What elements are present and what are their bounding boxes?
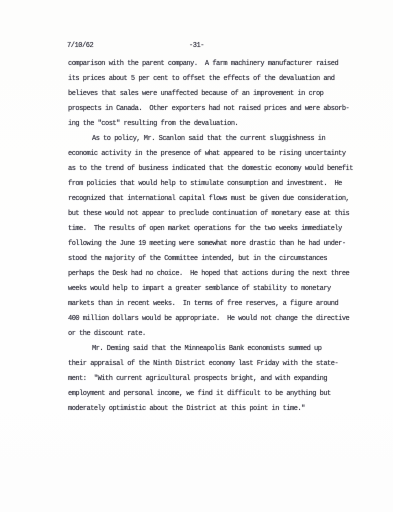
- document-line: or the discount rate.: [68, 327, 360, 342]
- document-line: stood the majority of the Committee inte…: [68, 252, 360, 267]
- document-line: economic activity in the presence of wha…: [68, 147, 360, 162]
- document-line: ing the "cost" resulting from the devalu…: [68, 117, 360, 132]
- document-line: 400 million dollars would be appropriate…: [68, 312, 360, 327]
- document-line: comparison with the parent company. A fa…: [68, 57, 360, 72]
- scanned-document-page: 7/10/62 -31- comparison with the parent …: [0, 0, 393, 512]
- document-line: their appraisal of the Ninth District ec…: [68, 357, 360, 372]
- document-line: employment and personal income, we find …: [68, 387, 360, 402]
- document-line: following the June 19 meeting were somew…: [68, 237, 360, 252]
- document-line: As to policy, Mr. Scanlon said that the …: [68, 132, 360, 147]
- document-line: moderately optimistic about the District…: [68, 402, 360, 417]
- document-line: recognized that international capital fl…: [68, 192, 360, 207]
- document-line: believes that sales were unaffected beca…: [68, 87, 360, 102]
- document-line: Mr. Deming said that the Minneapolis Ban…: [68, 342, 360, 357]
- page-number: -31-: [189, 40, 204, 52]
- document-line: its prices about 5 per cent to offset th…: [68, 72, 360, 87]
- document-line: weeks would help to impart a greater sem…: [68, 282, 360, 297]
- document-line: perhaps the Desk had no choice. He hoped…: [68, 267, 360, 282]
- document-line: time. The results of open market operati…: [68, 222, 360, 237]
- document-line: but these would not appear to preclude c…: [68, 207, 360, 222]
- document-scan-layer: 7/10/62 -31- comparison with the parent …: [0, 0, 393, 512]
- document-date: 7/10/62: [67, 40, 93, 52]
- document-body: comparison with the parent company. A fa…: [68, 57, 360, 417]
- document-line: markets than in recent weeks. In terms o…: [68, 297, 360, 312]
- document-line: ment: "With current agricultural prospec…: [68, 372, 360, 387]
- document-line: as to the trend of business indicated th…: [68, 162, 360, 177]
- document-line: prospects in Canada. Other exporters had…: [68, 102, 360, 117]
- document-line: from policies that would help to stimula…: [68, 177, 360, 192]
